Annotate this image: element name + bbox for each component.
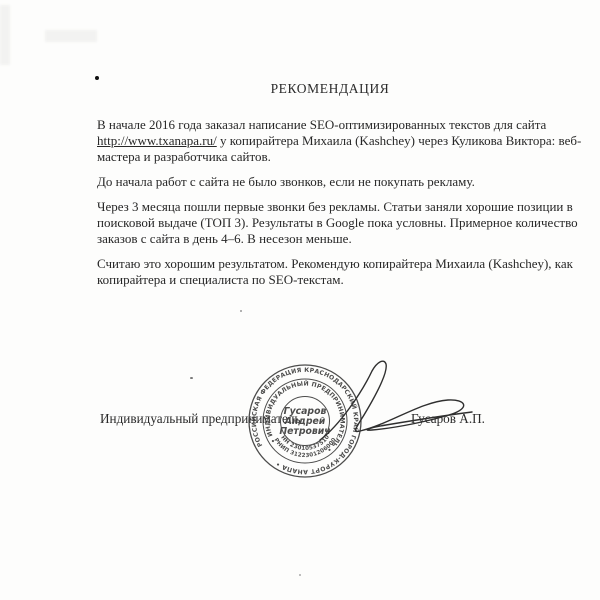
scan-speck (299, 574, 301, 576)
text-line: В начале 2016 года заказал написание SEO… (97, 117, 533, 133)
text-line: заказов с сайта в день 4–6. В несезон ме… (97, 231, 533, 247)
letter-body: В начале 2016 года заказал написание SEO… (97, 117, 533, 297)
scan-smudge (45, 30, 97, 42)
scan-speck (190, 377, 193, 379)
url-text: http://www.txanapa.ru/ (97, 133, 217, 148)
text-line: поисковой выдаче (ТОП 3). Результаты в G… (97, 215, 533, 231)
text-line: Через 3 месяца пошли первые звонки без р… (97, 199, 533, 215)
text-line: копирайтера и специалиста по SEO-текстам… (97, 272, 533, 288)
text-line: До начала работ с сайта не было звонков,… (97, 174, 533, 190)
paragraph: До начала работ с сайта не было звонков,… (97, 174, 533, 190)
document-page: РЕКОМЕНДАЦИЯ В начале 2016 года заказал … (0, 0, 600, 600)
scan-smudge (0, 5, 10, 65)
handwritten-signature-icon (305, 350, 485, 450)
text-span: у копирайтера Михаила (Kashchey) через К… (217, 133, 582, 148)
paragraph: В начале 2016 года заказал написание SEO… (97, 117, 533, 165)
scan-speck (95, 76, 99, 80)
scan-speck (240, 310, 242, 312)
page-title: РЕКОМЕНДАЦИЯ (130, 81, 530, 97)
text-line: http://www.txanapa.ru/ у копирайтера Мих… (97, 133, 533, 149)
text-line: Считаю это хорошим результатом. Рекоменд… (97, 256, 533, 272)
paragraph: Считаю это хорошим результатом. Рекоменд… (97, 256, 533, 288)
text-line: мастера и разработчика сайтов. (97, 149, 533, 165)
paragraph: Через 3 месяца пошли первые звонки без р… (97, 199, 533, 247)
